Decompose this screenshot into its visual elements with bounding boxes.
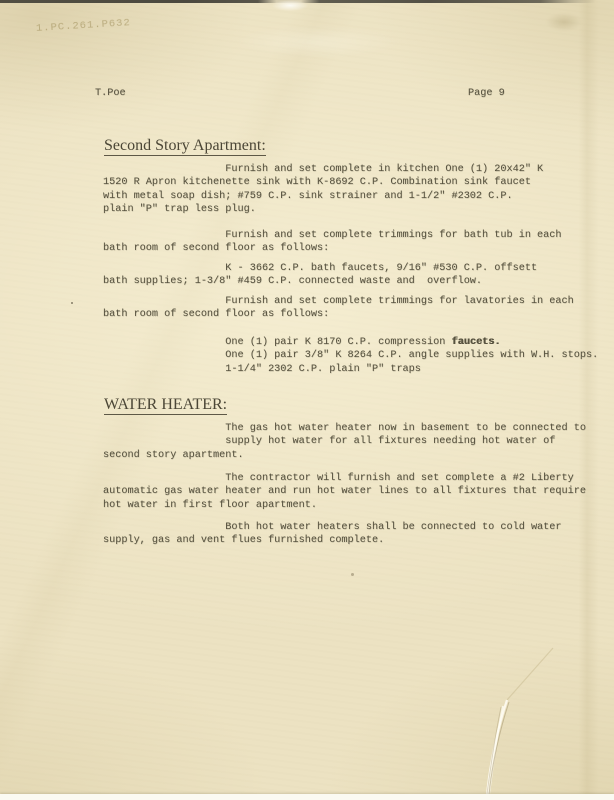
- paragraph-contractor-liberty-heater: The contractor will furnish and set comp…: [103, 472, 586, 512]
- text-line: second story apartment.: [103, 449, 586, 462]
- text-line: 1520 R Apron kitchenette sink with K-869…: [103, 176, 543, 189]
- paragraph-kitchen-sink: Furnish and set complete in kitchen One …: [103, 163, 543, 217]
- text-line: One (1) pair K 8170 C.P. compression fau…: [103, 336, 598, 349]
- author-name: T.Poe: [95, 87, 126, 100]
- text-line: automatic gas water heater and run hot w…: [103, 485, 586, 498]
- text-line: One (1) pair 3/8" K 8264 C.P. angle supp…: [103, 349, 598, 362]
- text-line: bath supplies; 1-3/8" #459 C.P. connecte…: [103, 275, 537, 288]
- text-segment-overstruck: faucets.: [451, 337, 500, 348]
- smudge-mark: [546, 13, 582, 31]
- text-line: bath room of second floor as follows:: [103, 242, 562, 255]
- text-line: Furnish and set complete trimmings for b…: [103, 229, 562, 242]
- paper-fold-highlight: [232, 26, 402, 58]
- text-line: Furnish and set complete in kitchen One …: [103, 163, 543, 176]
- text-line: The gas hot water heater now in basement…: [103, 422, 586, 435]
- text-line: Furnish and set complete trimmings for l…: [103, 295, 574, 308]
- document-page: 1.PC.261.P632 T.Poe Page 9 Second Story …: [0, 0, 614, 800]
- page-number: Page 9: [468, 87, 505, 100]
- scan-edge-bottom: [0, 794, 614, 800]
- section-heading-second-story-apartment: Second Story Apartment:: [104, 137, 266, 155]
- crease-mark: [440, 635, 614, 800]
- text-line: with metal soap dish; #759 C.P. sink str…: [103, 190, 543, 203]
- text-line: plain "P" trap less plug.: [103, 203, 543, 216]
- text-line: K - 3662 C.P. bath faucets, 9/16" #530 C…: [103, 262, 537, 275]
- ink-speck: [71, 302, 73, 304]
- section-heading-water-heater: WATER HEATER:: [104, 396, 227, 414]
- text-line: supply, gas and vent flues furnished com…: [103, 534, 562, 547]
- paragraph-bath-tub-trimmings: Furnish and set complete trimmings for b…: [103, 229, 562, 256]
- text-line: Both hot water heaters shall be connecte…: [103, 521, 562, 534]
- ink-speck: [351, 573, 354, 576]
- paragraph-lavatory-trimmings: Furnish and set complete trimmings for l…: [103, 295, 574, 322]
- section-heading-text: Second Story Apartment:: [104, 137, 266, 156]
- section-heading-text: WATER HEATER:: [104, 396, 227, 415]
- paragraph-heaters-connection: Both hot water heaters shall be connecte…: [103, 521, 562, 548]
- text-line: 1-1/4" 2302 C.P. plain "P" traps: [103, 363, 598, 376]
- text-line: supply hot water for all fixtures needin…: [103, 435, 586, 448]
- text-line: bath room of second floor as follows:: [103, 308, 574, 321]
- text-segment: One (1) pair K 8170 C.P. compression: [103, 337, 451, 348]
- text-line: The contractor will furnish and set comp…: [103, 472, 586, 485]
- scan-edge-gap: [272, 0, 308, 11]
- paragraph-bath-faucets-spec: K - 3662 C.P. bath faucets, 9/16" #530 C…: [103, 262, 537, 289]
- paragraph-gas-heater-basement: The gas hot water heater now in basement…: [103, 422, 586, 462]
- text-line: hot water in first floor apartment.: [103, 499, 586, 512]
- list-lavatory-fittings: One (1) pair K 8170 C.P. compression fau…: [103, 336, 598, 376]
- catalog-stamp: 1.PC.261.P632: [36, 17, 132, 36]
